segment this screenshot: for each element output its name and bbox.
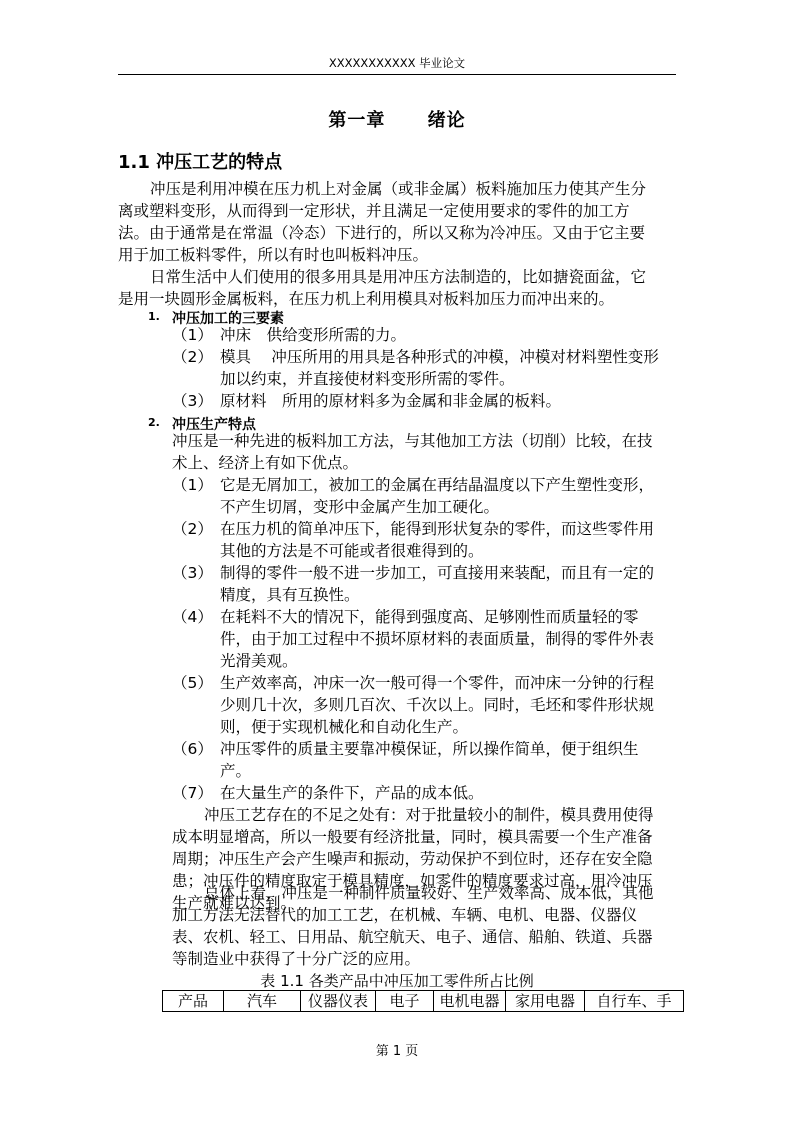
text-line: 表、农机、轻工、日用品、航空航天、电子、通信、船舶、铁道、兵器 [172, 926, 654, 948]
text-line: 它是无屑加工，被加工的金属在再结晶温度以下产生塑性变形， [220, 474, 654, 496]
item-marker: （6） [172, 738, 213, 760]
page-number: 第 1 页 [0, 1040, 794, 1059]
item-marker: （1） [172, 324, 213, 346]
text-line: 制得的零件一般不进一步加工，可直接用来装配，而且有一定的 [220, 562, 654, 584]
paragraph-advantages-intro: 冲压是一种先进的板料加工方法，与其他加工方法（切削）比较，在技 术上、经济上有如… [172, 430, 653, 474]
page-header: XXXXXXXXXXX 毕业论文 [118, 55, 676, 75]
item-marker: （1） [172, 474, 213, 496]
text-line: 不产生切屑，变形中金属产生加工硬化。 [220, 496, 654, 518]
text-line: 日常生活中人们使用的很多用具是用冲压方法制造的，比如搪瓷面盆，它 [118, 266, 646, 288]
text-line: 在耗料不大的情况下，能得到强度高、足够刚性而质量轻的零 [220, 606, 654, 628]
table-cell: 电机电器 [434, 991, 506, 1012]
item-marker: （3） [172, 562, 213, 584]
text-line: 周期；冲压生产会产生噪声和振动，劳动保护不到位时，还存在安全隐 [172, 848, 654, 870]
text-line: 等制造业中获得了十分广泛的应用。 [172, 948, 654, 970]
text-line: 冲压零件的质量主要靠冲模保证，所以操作简单，便于组织生 [220, 738, 639, 760]
table-cell: 汽车 [224, 991, 301, 1012]
list-number: 1. [148, 310, 160, 323]
text-line: 则，便于实现机械化和自动化生产。 [220, 716, 654, 738]
text-line: 生产效率高，冲床一次一般可得一个零件，而冲床一分钟的行程 [220, 672, 654, 694]
text-line: 产。 [220, 760, 639, 782]
text-line: 精度，具有互换性。 [220, 584, 654, 606]
text-line: 其他的方法是不可能或者很难得到的。 [220, 540, 654, 562]
item-marker: （2） [172, 346, 213, 368]
item-marker: （7） [172, 782, 213, 804]
chapter-title: 第一章 绪论 [0, 106, 794, 132]
text-line: 模具 冲压所用的用具是各种形式的冲模，冲模对材料塑性变形 [220, 346, 659, 368]
text-line: 光滑美观。 [220, 650, 654, 672]
table-cell: 产品 [163, 991, 224, 1012]
table-cell: 电子 [376, 991, 434, 1012]
item-marker: （4） [172, 606, 213, 628]
paragraph-daily-use: 日常生活中人们使用的很多用具是用冲压方法制造的，比如搪瓷面盆，它 是用一块圆形金… [118, 266, 646, 310]
table-caption: 表 1.1 各类产品中冲压加工零件所占比例 [0, 970, 794, 991]
text-line: 原材料 所用的原材料多为金属和非金属的板料。 [220, 390, 561, 412]
text-line: 在压力机的简单冲压下，能得到形状复杂的零件，而这些零件用 [220, 518, 654, 540]
header-text: XXXXXXXXXXX 毕业论文 [329, 56, 465, 70]
text-line: 术上、经济上有如下优点。 [172, 452, 653, 474]
text-line: 加工方法无法替代的加工工艺，在机械、车辆、电机、电器、仪器仪 [172, 904, 654, 926]
text-line: 冲压是一种先进的板料加工方法，与其他加工方法（切削）比较，在技 [172, 430, 653, 452]
text-line: 用于加工板料零件，所以有时也叫板料冲压。 [118, 244, 678, 266]
text-line: 离或塑料变形，从而得到一定形状，并且满足一定使用要求的零件的加工方 [118, 200, 678, 222]
table-cell: 仪器仪表 [301, 991, 376, 1012]
text-line: 成本明显增高，所以一般要有经济批量，同时，模具需要一个生产准备 [172, 826, 654, 848]
text-line: 总体上看，冲压是一种制件质量较好、生产效率高、成本低，其他 [172, 882, 654, 904]
stamping-parts-ratio-table: 产品 汽车 仪器仪表 电子 电机电器 家用电器 自行车、手 [162, 990, 684, 1012]
paragraph-summary: 总体上看，冲压是一种制件质量较好、生产效率高、成本低，其他 加工方法无法替代的加… [172, 882, 654, 970]
text-line: 是用一块圆形金属板料，在压力机上利用模具对板料加压力而冲出来的。 [118, 288, 646, 310]
item-marker: （5） [172, 672, 213, 694]
text-line: 少则几十次，多则几百次、千次以上。同时，毛坯和零件形状规 [220, 694, 654, 716]
text-line: 加以约束，并直接使材料变形所需的零件。 [220, 368, 659, 390]
text-line: 件，由于加工过程中不损坏原材料的表面质量，制得的零件外表 [220, 628, 654, 650]
item-marker: （3） [172, 390, 213, 412]
list-number: 2. [148, 416, 160, 429]
table-header-row: 产品 汽车 仪器仪表 电子 电机电器 家用电器 自行车、手 [163, 991, 684, 1012]
text-line: 法。由于通常是在常温（冷态）下进行的，所以又称为冷冲压。又由于它主要 [118, 222, 678, 244]
text-line: 冲压是利用冲模在压力机上对金属（或非金属）板料施加压力使其产生分 [118, 178, 678, 200]
section-title: 1.1 冲压工艺的特点 [118, 148, 282, 174]
item-marker: （2） [172, 518, 213, 540]
table-cell: 自行车、手 [585, 991, 684, 1012]
table-cell: 家用电器 [506, 991, 585, 1012]
text-line: 冲床 供给变形所需的力。 [220, 324, 406, 346]
text-line: 冲压工艺存在的不足之处有：对于批量较小的制件，模具费用使得 [172, 804, 654, 826]
paragraph-intro: 冲压是利用冲模在压力机上对金属（或非金属）板料施加压力使其产生分 离或塑料变形，… [118, 178, 678, 266]
text-line: 在大量生产的条件下，产品的成本低。 [220, 782, 484, 804]
